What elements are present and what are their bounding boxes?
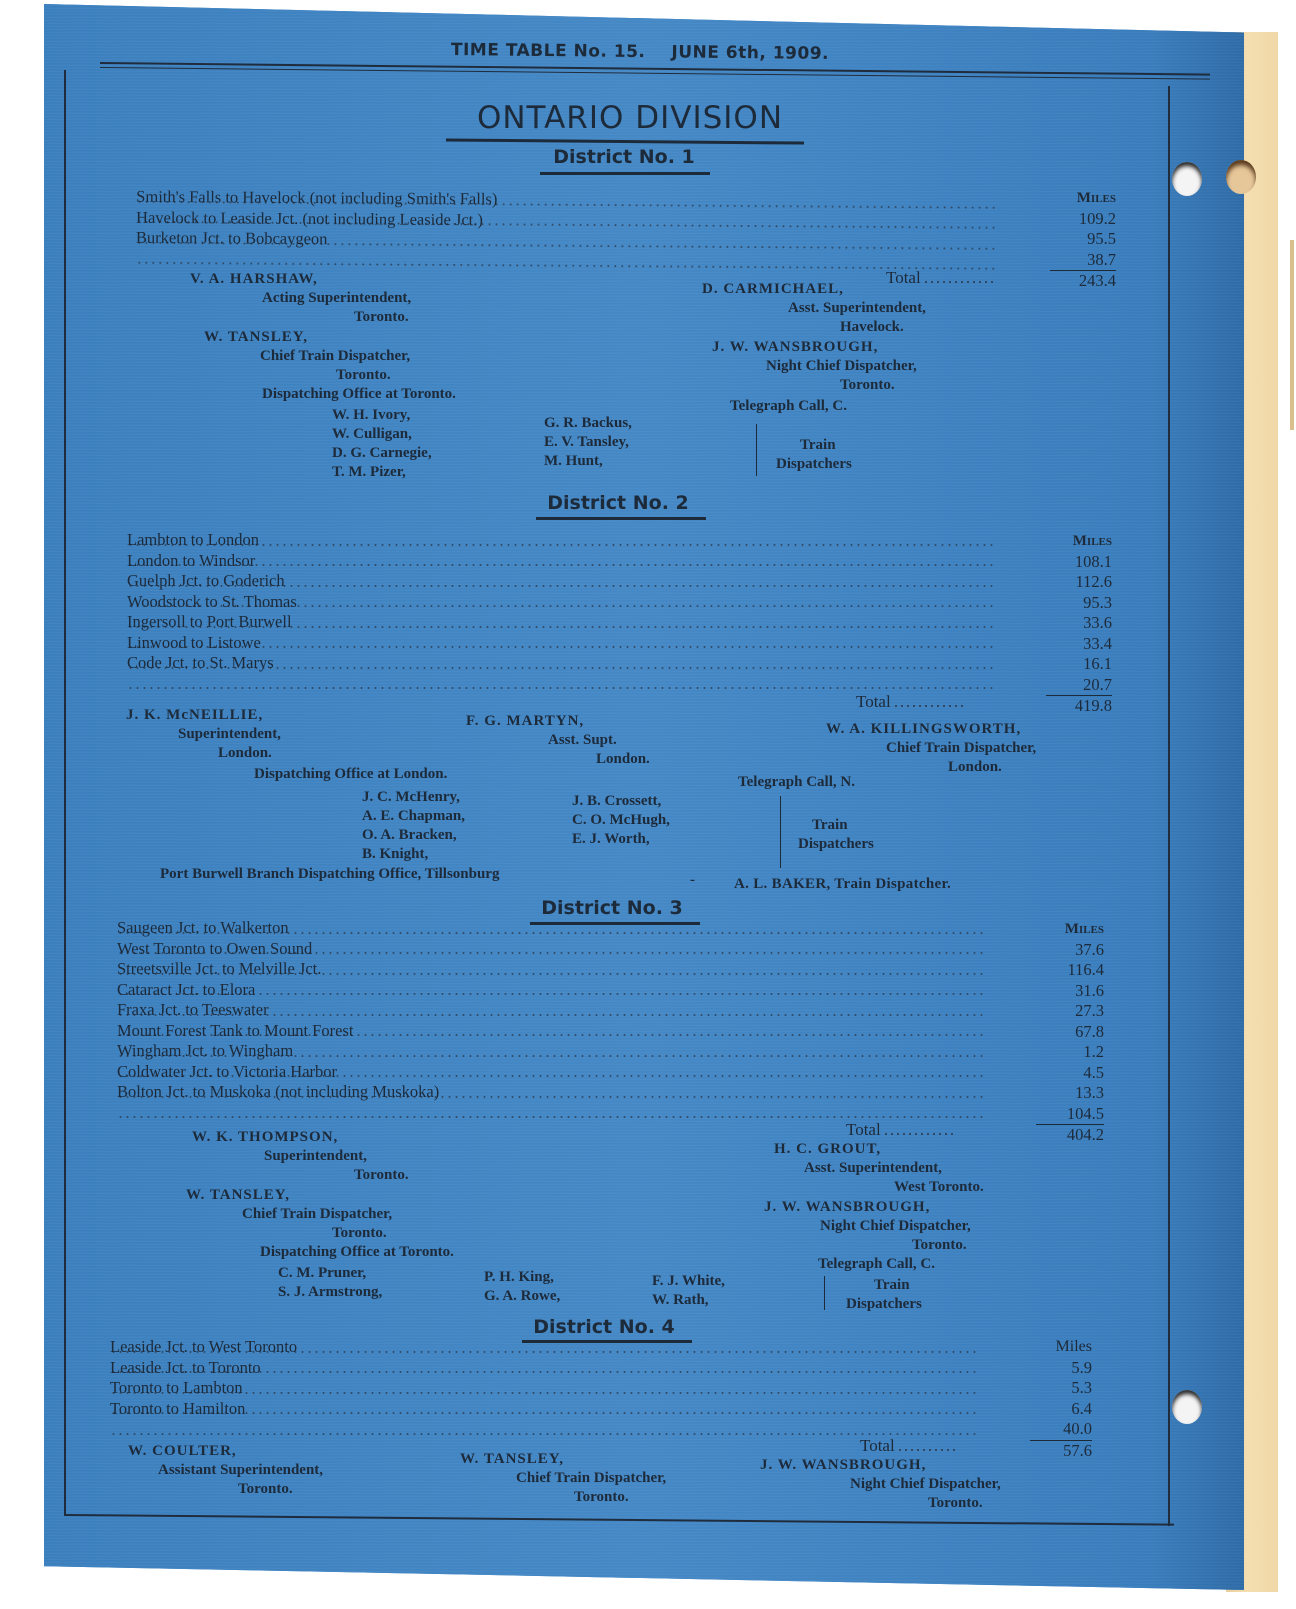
miles-value: 16.1	[1046, 654, 1112, 675]
bracket-label: Dispatchers	[798, 835, 874, 854]
district-2-officer-asst-supt: F. G. MARTYN, Asst. Supt. London.	[466, 712, 650, 769]
miles-value: 13.3	[1036, 1083, 1104, 1104]
total-text: Total	[856, 692, 891, 711]
officer-place: Toronto.	[574, 1488, 666, 1507]
district-3-heading: District No. 3	[502, 897, 722, 919]
district-3-officer-chief-dispatcher: W. TANSLEY, Chief Train Dispatcher, Toro…	[186, 1186, 392, 1243]
miles-value: 1.2	[1036, 1042, 1104, 1063]
route-row: Linwood to Listowe	[127, 633, 1057, 654]
miles-value: 116.4	[1036, 960, 1104, 981]
route-row: Toronto to Hamilton	[110, 1399, 1040, 1420]
dispatcher-name: F. J. White,	[652, 1272, 725, 1291]
district-3-officer-asst-superintendent: H. C. GROUT, Asst. Superintendent, West …	[774, 1140, 984, 1197]
miles-value: 6.4	[1030, 1399, 1092, 1420]
dispatcher-name: C. O. McHugh,	[572, 811, 670, 830]
route-row: Cataract Jct. to Elora	[117, 980, 1047, 1001]
district-1-underline	[540, 172, 710, 175]
officer-name: D. CARMICHAEL,	[702, 280, 926, 299]
miles-value: 27.3	[1036, 1001, 1104, 1022]
district-2-dispatchers-col2: J. B. Crossett, C. O. McHugh, E. J. Wort…	[572, 792, 670, 849]
officer-place: West Toronto.	[894, 1178, 984, 1197]
route-row: Mount Forest Tank to Mount Forest	[117, 1021, 1047, 1042]
bracket-label: Train	[800, 436, 852, 455]
route-row: Wingham Jct. to Wingham	[117, 1041, 1047, 1062]
dispatcher-name: J. B. Crossett,	[572, 792, 670, 811]
officer-place: Toronto.	[354, 308, 411, 327]
route-name: Code Jct. to St. Marys	[127, 653, 278, 672]
dispatcher-name: G. A. Rowe,	[484, 1287, 560, 1306]
dispatcher-name: B. Knight,	[362, 845, 465, 864]
district-3-dispatchers-col2: P. H. King, G. A. Rowe,	[484, 1268, 560, 1306]
district-1-miles: Miles 109.2 95.5 38.7 243.4	[1050, 188, 1116, 292]
route-name: Leaside Jct. to West Toronto	[110, 1337, 301, 1356]
miles-header: Miles	[1030, 1337, 1092, 1358]
district-3-bracket-label: Train Dispatchers	[846, 1276, 922, 1314]
district-2-routes: Lambton to London London to Windsor Guel…	[127, 530, 1057, 694]
district-1-office: Dispatching Office at Toronto.	[262, 386, 456, 403]
district-3-officer-night-chief: J. W. WANSBROUGH, Night Chief Dispatcher…	[764, 1198, 971, 1255]
district-1-dispatchers-col2: G. R. Backus, E. V. Tansley, M. Hunt,	[544, 414, 632, 471]
miles-total: 419.8	[1046, 695, 1112, 717]
route-name: Guelph Jct. to Goderich	[127, 571, 289, 590]
route-row: Woodstock to St. Thomas	[127, 592, 1057, 613]
officer-name: J. K. McNEILLIE,	[126, 706, 281, 725]
route-row-blank	[127, 674, 1057, 695]
bracket-label: Train	[812, 816, 874, 835]
dispatcher-name: T. M. Pizer,	[332, 463, 432, 482]
district-2-miles: Miles 108.1 112.6 95.3 33.6 33.4 16.1 20…	[1046, 531, 1112, 717]
officer-name: W. A. KILLINGSWORTH,	[826, 720, 1036, 739]
dispatcher-name: E. J. Worth,	[572, 830, 670, 849]
route-row: Coldwater Jct. to Victoria Harbor	[117, 1062, 1047, 1083]
miles-header: Miles	[1046, 531, 1112, 552]
officer-place: London.	[948, 758, 1036, 777]
district-1-officer-superintendent: V. A. HARSHAW, Acting Superintendent, To…	[190, 270, 411, 327]
miles-total: 404.2	[1036, 1124, 1104, 1146]
officer-place: Toronto.	[354, 1166, 409, 1185]
route-row: Guelph Jct. to Goderich	[127, 571, 1057, 592]
officer-title: Chief Train Dispatcher,	[516, 1469, 666, 1488]
district-2-heading: District No. 2	[508, 492, 728, 514]
officer-name: V. A. HARSHAW,	[190, 270, 411, 289]
district-2-branch-dispatcher: A. L. BAKER, Train Dispatcher.	[734, 876, 951, 893]
officer-name: J. W. WANSBROUGH,	[712, 338, 917, 357]
dispatcher-name: P. H. King,	[484, 1268, 560, 1287]
miles-total: 57.6	[1030, 1440, 1092, 1462]
route-name: Toronto to Hamilton	[110, 1399, 249, 1418]
route-row: Code Jct. to St. Marys	[127, 653, 1057, 674]
route-row: Lambton to London	[127, 530, 1057, 551]
district-3-telegraph: Telegraph Call, C.	[818, 1256, 935, 1273]
miles-value: 5.3	[1030, 1378, 1092, 1399]
district-2-officer-superintendent: J. K. McNEILLIE, Superintendent, London.	[126, 706, 281, 763]
district-4-officer-night-chief: J. W. WANSBROUGH, Night Chief Dispatcher…	[760, 1456, 1001, 1513]
district-1-telegraph: Telegraph Call, C.	[730, 398, 847, 415]
total-text: Total	[860, 1436, 895, 1455]
officer-place: Toronto.	[840, 376, 917, 395]
dispatcher-name: S. J. Armstrong,	[278, 1283, 382, 1302]
route-name: Toronto to Lambton	[110, 1378, 247, 1397]
miles-value: 109.2	[1050, 209, 1116, 230]
route-row: Saugeen Jct. to Walkerton	[117, 918, 1047, 939]
route-name: Wingham Jct. to Wingham	[117, 1041, 297, 1060]
officer-place: Toronto.	[238, 1480, 323, 1499]
miles-header: Miles	[1036, 919, 1104, 940]
route-name: Burketon Jct. to Bobcaygeon	[136, 228, 332, 248]
timetable-date: JUNE 6th, 1909.	[671, 42, 829, 64]
officer-title: Asst. Superintendent,	[788, 299, 926, 318]
dispatchers-bracket	[780, 796, 781, 868]
route-name: Havelock to Leaside Jct. (not including …	[136, 207, 487, 228]
dispatcher-name: W. Culligan,	[332, 425, 432, 444]
route-name: Coldwater Jct. to Victoria Harbor	[117, 1062, 341, 1081]
officer-name: W. TANSLEY,	[204, 328, 410, 347]
route-name: Ingersoll to Port Burwell	[127, 612, 296, 631]
bracket-label: Dispatchers	[846, 1295, 922, 1314]
punch-hole-top	[1172, 162, 1202, 196]
officer-place: London.	[218, 744, 281, 763]
officer-name: W. COULTER,	[128, 1442, 323, 1461]
district-4-officer-asst-superintendent: W. COULTER, Assistant Superintendent, To…	[128, 1442, 323, 1499]
route-row: Toronto to Lambton	[110, 1378, 1040, 1399]
frame-right	[1168, 86, 1170, 1526]
miles-value: 108.1	[1046, 552, 1112, 573]
miles-value: 20.7	[1046, 675, 1112, 696]
route-name: Woodstock to St. Thomas	[127, 592, 301, 611]
miles-value: 5.9	[1030, 1358, 1092, 1379]
dispatcher-name: W. Rath,	[652, 1291, 725, 1310]
miles-value: 104.5	[1036, 1104, 1104, 1125]
route-name: Mount Forest Tank to Mount Forest	[117, 1021, 357, 1040]
miles-value: 4.5	[1036, 1063, 1104, 1084]
miles-value: 112.6	[1046, 572, 1112, 593]
dispatcher-name: O. A. Bracken,	[362, 826, 465, 845]
district-2-office: Dispatching Office at London.	[254, 766, 447, 783]
district-1-dispatchers-col1: W. H. Ivory, W. Culligan, D. G. Carnegie…	[332, 406, 432, 482]
dispatcher-name: G. R. Backus,	[544, 414, 632, 433]
timetable-number: TIME TABLE No. 15.	[451, 40, 646, 62]
district-1-officer-chief-dispatcher: W. TANSLEY, Chief Train Dispatcher, Toro…	[204, 328, 410, 385]
route-row: Streetsville Jct. to Melville Jct.	[117, 959, 1047, 980]
officer-place: Toronto.	[928, 1494, 1001, 1513]
bracket-label: Train	[874, 1276, 922, 1295]
miles-total: 243.4	[1050, 270, 1116, 292]
punch-hole-bottom	[1172, 1390, 1202, 1424]
district-3-miles: Miles 37.6 116.4 31.6 27.3 67.8 1.2 4.5 …	[1036, 919, 1104, 1146]
route-row: Fraxa Jct. to Teeswater	[117, 1000, 1047, 1021]
officer-title: Night Chief Dispatcher,	[820, 1217, 971, 1236]
miles-header: Miles	[1050, 188, 1116, 209]
district-3-total-label: Total	[846, 1120, 953, 1140]
officer-title: Chief Train Dispatcher,	[242, 1205, 392, 1224]
dispatcher-name: E. V. Tansley,	[544, 433, 632, 452]
district-4-heading: District No. 4	[494, 1316, 714, 1338]
district-4-miles: Miles 5.9 5.3 6.4 40.0 57.6	[1030, 1337, 1092, 1461]
district-4-routes: Leaside Jct. to West Toronto Leaside Jct…	[110, 1337, 1040, 1440]
district-2-total-label: Total	[856, 692, 963, 712]
district-2-branch-office: Port Burwell Branch Dispatching Office, …	[160, 866, 499, 883]
dispatcher-name: J. C. McHenry,	[362, 788, 465, 807]
miles-value: 33.6	[1046, 613, 1112, 634]
route-name: Linwood to Listowe	[127, 633, 265, 652]
dispatchers-bracket	[824, 1276, 825, 1310]
district-3-office: Dispatching Office at Toronto.	[260, 1244, 454, 1261]
route-row: Leaside Jct. to West Toronto	[110, 1337, 1040, 1358]
route-row: Bolton Jct. to Muskoka (not including Mu…	[117, 1082, 1047, 1103]
frame-left	[64, 70, 66, 1514]
district-4-officer-chief-dispatcher: W. TANSLEY, Chief Train Dispatcher, Toro…	[460, 1450, 666, 1507]
officer-title: Night Chief Dispatcher,	[850, 1475, 1001, 1494]
officer-place: Havelock.	[840, 318, 926, 337]
page-title: ONTARIO DIVISION	[440, 100, 820, 136]
route-row: London to Windsor	[127, 551, 1057, 572]
route-name: Streetsville Jct. to Melville Jct.	[117, 959, 325, 978]
district-1-officer-asst-superintendent: D. CARMICHAEL, Asst. Superintendent, Hav…	[702, 280, 926, 337]
officer-title: Chief Train Dispatcher,	[260, 347, 410, 366]
district-4-total-label: Total	[860, 1436, 957, 1456]
officer-title: Superintendent,	[178, 725, 281, 744]
officer-place: Toronto.	[336, 366, 410, 385]
dispatcher-name: M. Hunt,	[544, 452, 632, 471]
officer-name: J. W. WANSBROUGH,	[760, 1456, 1001, 1475]
district-1-heading: District No. 1	[514, 146, 734, 168]
route-name: London to Windsor	[127, 551, 259, 570]
district-2-branch-sep: -	[690, 872, 695, 889]
district-2-dispatchers-col1: J. C. McHenry, A. E. Chapman, O. A. Brac…	[362, 788, 465, 864]
district-1-routes: Smith's Falls to Havelock (not including…	[136, 183, 1057, 275]
miles-value: 67.8	[1036, 1022, 1104, 1043]
district-1-bracket-label: Train Dispatchers	[776, 436, 852, 474]
miles-value: 37.6	[1036, 940, 1104, 961]
bracket-label: Dispatchers	[776, 455, 852, 474]
total-text: Total	[846, 1120, 881, 1139]
officer-title: Assistant Superintendent,	[158, 1461, 323, 1480]
route-name: Saugeen Jct. to Walkerton	[117, 918, 293, 937]
officer-name: W. TANSLEY,	[460, 1450, 666, 1469]
miles-value: 33.4	[1046, 634, 1112, 655]
route-name: Smith's Falls to Havelock (not including…	[136, 187, 501, 209]
dispatcher-name: W. H. Ivory,	[332, 406, 432, 425]
route-name: Fraxa Jct. to Teeswater	[117, 1000, 273, 1019]
route-name: Bolton Jct. to Muskoka (not including Mu…	[117, 1082, 443, 1101]
district-3-dispatchers-col1: C. M. Pruner, S. J. Armstrong,	[278, 1264, 382, 1302]
route-name: West Toronto to Owen Sound	[117, 939, 316, 958]
dispatcher-name: D. G. Carnegie,	[332, 444, 432, 463]
officer-name: W. K. THOMPSON,	[192, 1128, 409, 1147]
route-row: West Toronto to Owen Sound	[117, 939, 1047, 960]
dispatcher-name: C. M. Pruner,	[278, 1264, 382, 1283]
miles-value: 31.6	[1036, 981, 1104, 1002]
officer-name: H. C. GROUT,	[774, 1140, 984, 1159]
miles-value: 95.3	[1046, 593, 1112, 614]
route-row: Ingersoll to Port Burwell	[127, 612, 1057, 633]
route-row: Leaside Jct. to Toronto	[110, 1358, 1040, 1379]
district-3-officer-superintendent: W. K. THOMPSON, Superintendent, Toronto.	[192, 1128, 409, 1185]
district-2-bracket-label: Train Dispatchers	[798, 816, 874, 854]
miles-value: 38.7	[1050, 250, 1116, 271]
binding-strip	[1290, 240, 1294, 430]
dispatcher-name: A. E. Chapman,	[362, 807, 465, 826]
officer-title: Night Chief Dispatcher,	[766, 357, 917, 376]
punch-hole-top-binding	[1226, 160, 1256, 194]
officer-name: J. W. WANSBROUGH,	[764, 1198, 971, 1217]
route-name: Cataract Jct. to Elora	[117, 980, 259, 999]
officer-title: Superintendent,	[264, 1147, 409, 1166]
district-1-officer-night-chief: J. W. WANSBROUGH, Night Chief Dispatcher…	[712, 338, 917, 395]
officer-title: Asst. Superintendent,	[804, 1159, 984, 1178]
miles-value: 40.0	[1030, 1419, 1092, 1440]
officer-place: Toronto.	[332, 1224, 392, 1243]
miles-value: 95.5	[1050, 229, 1116, 250]
officer-title: Asst. Supt.	[548, 731, 650, 750]
route-name: Leaside Jct. to Toronto	[110, 1358, 265, 1377]
district-3-routes: Saugeen Jct. to Walkerton West Toronto t…	[117, 918, 1047, 1123]
officer-place: London.	[596, 750, 650, 769]
officer-title: Acting Superintendent,	[262, 289, 411, 308]
officer-name: F. G. MARTYN,	[466, 712, 650, 731]
officer-name: W. TANSLEY,	[186, 1186, 392, 1205]
officer-title: Chief Train Dispatcher,	[886, 739, 1036, 758]
officer-place: Toronto.	[912, 1236, 971, 1255]
district-2-underline	[536, 517, 706, 520]
district-2-telegraph: Telegraph Call, N.	[738, 774, 855, 791]
district-3-dispatchers-col3: F. J. White, W. Rath,	[652, 1272, 725, 1310]
district-2-officer-chief-dispatcher: W. A. KILLINGSWORTH, Chief Train Dispatc…	[826, 720, 1036, 777]
dispatchers-bracket	[756, 424, 757, 476]
route-name: Lambton to London	[127, 530, 263, 549]
